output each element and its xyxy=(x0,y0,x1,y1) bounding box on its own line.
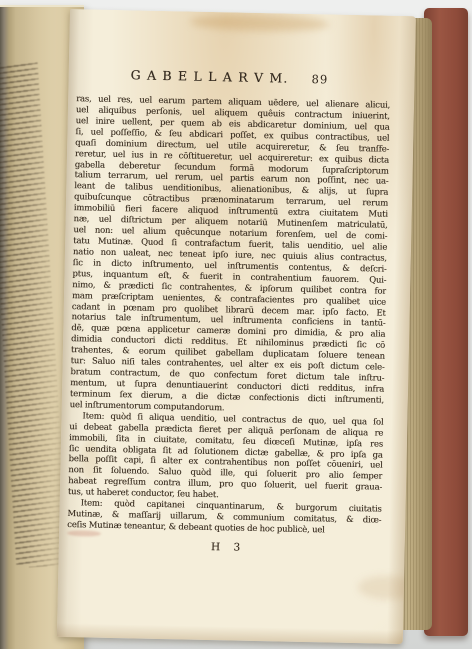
running-header: G A B E L L A R V M. 89 xyxy=(78,66,394,89)
page-text: ras, uel res, uel earum partem aliquam u… xyxy=(67,94,390,550)
book-page: G A B E L L A R V M. 89 ras, uel res, ue… xyxy=(57,9,416,644)
page-number: 89 xyxy=(311,72,328,86)
stain xyxy=(190,14,330,33)
page-bottom-shadow xyxy=(57,623,403,644)
book-photograph: G A B E L L A R V M. 89 ras, uel res, ue… xyxy=(0,0,472,649)
running-title: G A B E L L A R V M. xyxy=(130,67,288,85)
